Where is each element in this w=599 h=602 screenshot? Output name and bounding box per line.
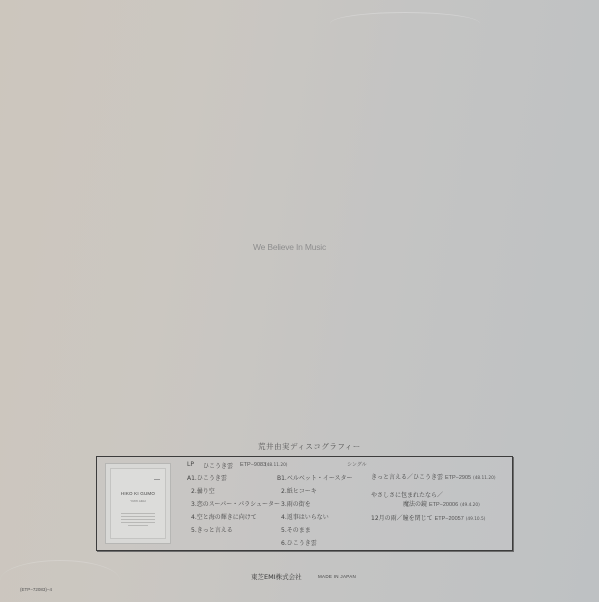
thumbnail-title: HIKO KI GUMO xyxy=(111,491,165,496)
discography-box: HIKO KI GUMO YUMI ARAI LP ひこうき雲 ETP−9083… xyxy=(96,456,513,551)
lp-catalog: ETP−9083 xyxy=(240,462,266,468)
track-a5: 5.きっと言える xyxy=(191,525,233,534)
track-b5: 5.そのまま xyxy=(281,525,311,534)
thumbnail-artist: YUMI ARAI xyxy=(111,499,165,503)
album-jacket-thumbnail: HIKO KI GUMO YUMI ARAI xyxy=(105,463,171,544)
lp-date: (48.11.20) xyxy=(265,463,288,468)
single-2-line1: やさしさに包まれたなら／ xyxy=(371,490,443,499)
single-3: 12月の雨／瞳を閉じて ETP−20057 (49.10.5) xyxy=(371,513,485,522)
lp-label: LP xyxy=(187,461,194,468)
track-a2: 2.曇り空 xyxy=(191,486,215,495)
track-a1: A1.ひこうき雲 xyxy=(187,473,227,482)
track-b2: 2.紙ヒコーキ xyxy=(281,486,317,495)
track-b6: 6.ひこうき雲 xyxy=(281,538,317,547)
record-label: 東芝EMI株式会社 xyxy=(251,572,302,581)
singles-label: シングル xyxy=(347,461,367,468)
paper-crease xyxy=(330,12,480,35)
track-b3: 3.雨の街を xyxy=(281,499,311,508)
catalog-code: (ETP−72083)−4 xyxy=(20,587,52,592)
slogan-text: We Believe In Music xyxy=(253,242,326,252)
made-in-japan: MADE IN JAPAN xyxy=(318,574,356,579)
track-a3: 3.恋のスーパー・パラシューター xyxy=(191,499,280,508)
lp-title: ひこうき雲 xyxy=(203,461,233,470)
discography-title: 荒井由実ディスコグラフィー xyxy=(258,441,361,452)
paper-crease xyxy=(0,560,120,601)
track-a4: 4.空と海の輝きに向けて xyxy=(191,512,257,521)
single-2-line2: 魔法の鏡 ETP−20006 (49.4.20) xyxy=(403,499,480,508)
track-b4: 4.返事はいらない xyxy=(281,512,329,521)
single-1: きっと言える／ひこうき雲 ETP−2905 (48.11.20) xyxy=(371,472,496,481)
track-b1: B1.ベルベット・イースター xyxy=(277,473,353,482)
